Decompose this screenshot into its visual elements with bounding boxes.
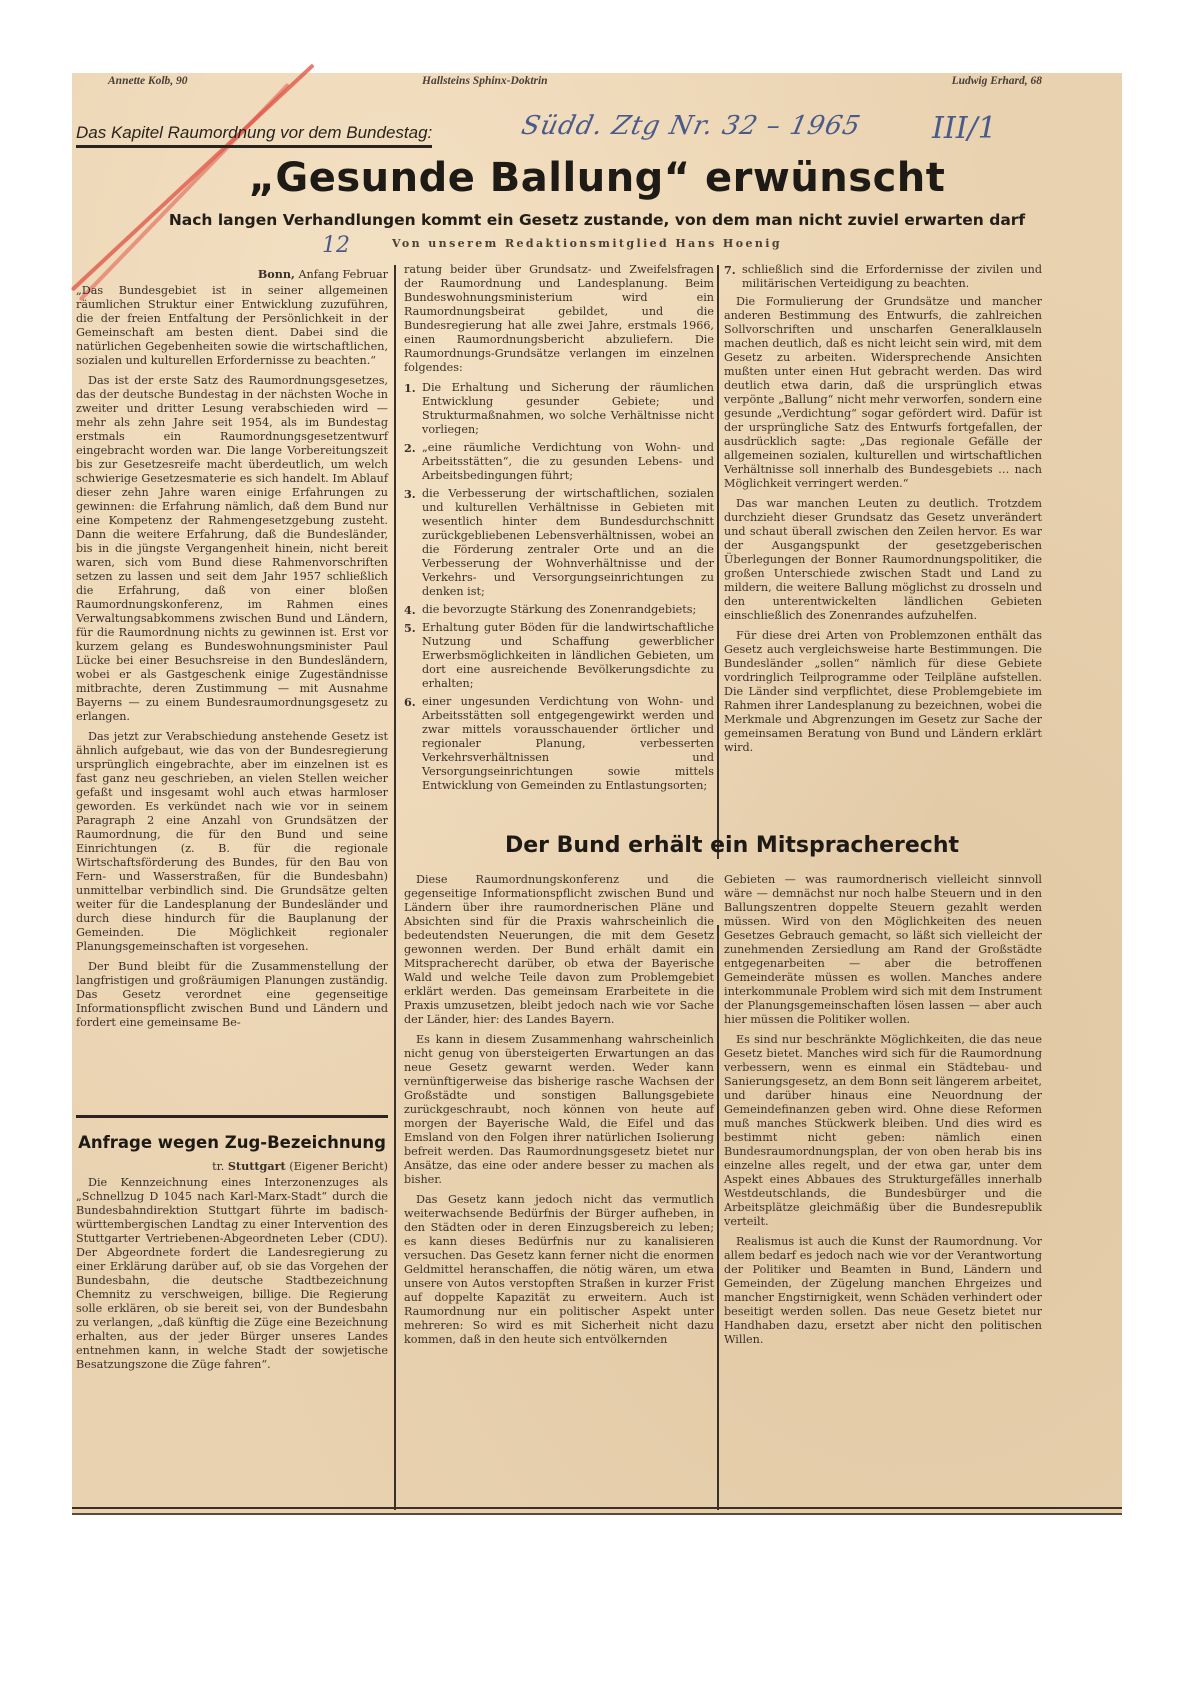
list-item: 1.Die Erhaltung und Sicherung der räumli… — [404, 381, 714, 437]
column-2: ratung beider über Grundsatz- und Zweife… — [404, 263, 714, 797]
masthead: Annette Kolb, 90 Hallsteins Sphinx-Doktr… — [72, 75, 1122, 91]
paragraph: Für diese drei Arten von Problemzonen en… — [724, 629, 1042, 755]
section-heading: Der Bund erhält ein Mitspracherecht — [412, 833, 1052, 858]
column-divider — [394, 265, 396, 1510]
column-3: 7.schließlich sind die Erfordernisse der… — [724, 263, 1042, 761]
paragraph: Es sind nur beschränkte Möglichkeiten, d… — [724, 1033, 1042, 1229]
sidebar-headline: Anfrage wegen Zug-Bezeichnung — [76, 1133, 388, 1152]
paragraph: Gebieten — was raumordnerisch vielleicht… — [724, 873, 1042, 1027]
paragraph: Realismus ist auch die Kunst der Raumord… — [724, 1235, 1042, 1347]
dateline: Bonn, Anfang Februar — [76, 267, 388, 282]
subheadline: Nach langen Verhandlungen kommt ein Gese… — [72, 211, 1122, 229]
handwritten-number: 12 — [322, 233, 350, 258]
kicker: Das Kapitel Raumordnung vor dem Bundesta… — [76, 123, 432, 148]
paragraph: Das Gesetz kann jedoch nicht das vermutl… — [404, 1193, 714, 1347]
section2-right-column: Gebieten — was raumordnerisch vielleicht… — [724, 873, 1042, 1353]
paragraph: Das ist der erste Satz des Raumordnungsg… — [76, 374, 388, 724]
handwritten-archive-mark: III/1 — [932, 111, 997, 146]
masthead-left: Annette Kolb, 90 — [108, 75, 188, 87]
newspaper-clipping: Annette Kolb, 90 Hallsteins Sphinx-Doktr… — [72, 73, 1122, 1513]
list-item: 3.die Verbesserung der wirtschaftlichen,… — [404, 487, 714, 599]
principles-list: 1.Die Erhaltung und Sicherung der räumli… — [404, 381, 714, 793]
paragraph: Die Kennzeichnung eines Interzonenzuges … — [76, 1176, 388, 1372]
masthead-center: Hallsteins Sphinx-Doktrin — [422, 75, 548, 87]
handwritten-source-note: Südd. Ztg Nr. 32 – 1965 — [519, 111, 864, 141]
paragraph: Der Bund bleibt für die Zusammenstellung… — [76, 960, 388, 1030]
paragraph: „Das Bundesgebiet ist in seiner allgemei… — [76, 284, 388, 368]
paragraph: ratung beider über Grundsatz- und Zweife… — [404, 263, 714, 375]
headline: „Gesunde Ballung“ erwünscht — [72, 155, 1122, 201]
list-item: 6.einer ungesunden Verdichtung von Wohn-… — [404, 695, 714, 793]
list-item: 2.„eine räumliche Verdichtung von Wohn- … — [404, 441, 714, 483]
paragraph: Das war manchen Leuten zu deutlich. Trot… — [724, 497, 1042, 623]
bottom-rule — [72, 1507, 1122, 1509]
sidebar-article: tr. Stuttgart (Eigener Bericht) Die Kenn… — [76, 1159, 388, 1378]
byline: Von unserem Redaktionsmitglied Hans Hoen… — [392, 237, 782, 250]
dateline-place: Bonn, — [258, 267, 295, 281]
column-1: Bonn, Anfang Februar „Das Bundesgebiet i… — [76, 267, 388, 1036]
list-item: 4.die bevorzugte Stärkung des Zonenrandg… — [404, 603, 714, 617]
sidebar-dateline: tr. Stuttgart (Eigener Bericht) — [76, 1159, 388, 1174]
section-divider — [76, 1115, 388, 1118]
paragraph: Diese Raumordnungskonferenz und die gege… — [404, 873, 714, 1027]
list-item: 5.Erhaltung guter Böden für die landwirt… — [404, 621, 714, 691]
column-divider — [717, 265, 719, 859]
dateline-date: Anfang Februar — [298, 268, 388, 281]
principles-list-continued: 7.schließlich sind die Erfordernisse der… — [724, 263, 1042, 291]
paragraph: Es kann in diesem Zusammenhang wahrschei… — [404, 1033, 714, 1187]
list-item: 7.schließlich sind die Erfordernisse der… — [724, 263, 1042, 291]
paragraph: Das jetzt zur Verabschiedung anstehende … — [76, 730, 388, 954]
column-divider — [717, 925, 719, 1510]
section2-middle-column: Diese Raumordnungskonferenz und die gege… — [404, 873, 714, 1353]
masthead-right: Ludwig Erhard, 68 — [952, 75, 1042, 87]
paragraph: Die Formulierung der Grundsätze und manc… — [724, 295, 1042, 491]
